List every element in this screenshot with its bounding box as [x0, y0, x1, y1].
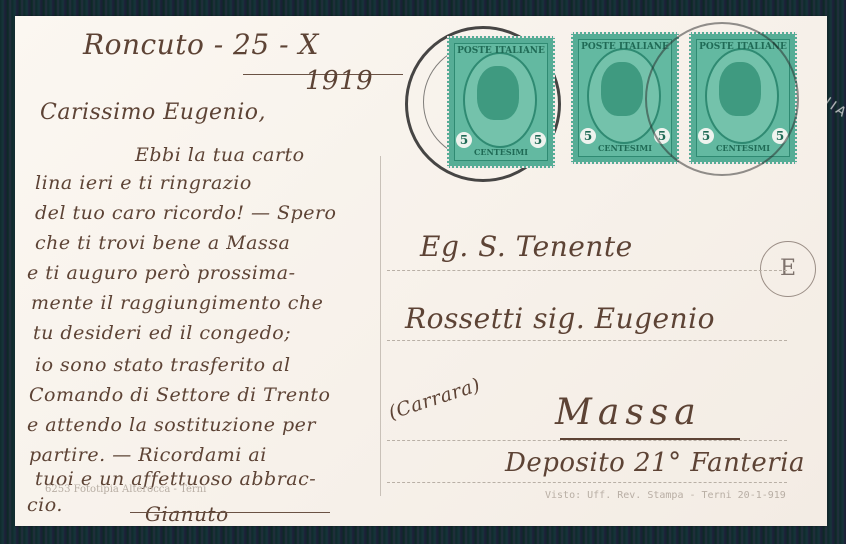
- message-line: mente il raggiungimento che: [31, 292, 323, 314]
- message-line: e attendo la sostituzione per: [27, 414, 316, 436]
- year: 1919: [305, 66, 373, 96]
- stamp-value: 5: [580, 128, 596, 144]
- stamp-value: 5: [456, 132, 472, 148]
- place-date: Roncuto - 25 - X: [83, 28, 319, 61]
- message-line: io sono stato trasferito al: [35, 354, 291, 376]
- address-line-4: Deposito 21° Fanteria: [505, 448, 805, 478]
- stamp-country: POSTE ITALIANE: [449, 46, 553, 56]
- signature-underline: [130, 512, 330, 513]
- stamp-value: 5: [530, 132, 546, 148]
- printer-imprint: 6253 Fototipia Alterocca - Terni: [45, 484, 206, 495]
- stamp-denomination: CENTESIMI: [449, 147, 553, 157]
- postmark-partial: [645, 22, 799, 176]
- signature: Gianuto: [145, 502, 229, 526]
- card-divider: [380, 156, 381, 496]
- message-line: del tuo caro ricordo! — Spero: [35, 202, 337, 224]
- address-rule: [387, 340, 787, 341]
- address-region-note: (Carrara): [386, 374, 483, 424]
- message-line: tu desideri ed il congedo;: [33, 322, 291, 344]
- message-line: che ti trovi bene a Massa: [35, 232, 290, 254]
- message-line: lina ieri e ti ringrazio: [35, 172, 252, 194]
- king-portrait-icon: [601, 62, 643, 116]
- salutation: Carissimo Eugenio,: [40, 100, 266, 125]
- address-rule: [387, 440, 787, 441]
- message-line: cio.: [27, 494, 63, 516]
- address-rule: [387, 482, 787, 483]
- message-line: Comando di Settore di Trento: [29, 384, 330, 406]
- circle-e-mark: E: [760, 241, 816, 297]
- address-rule: [387, 270, 787, 271]
- message-line: e ti auguro però prossima-: [27, 262, 296, 284]
- city-underline: [560, 438, 740, 440]
- postage-stamp: POSTE ITALIANE 5 5 CENTESIMI: [447, 36, 555, 168]
- address-line-2: Rossetti sig. Eugenio: [405, 302, 715, 335]
- address-line-1: Eg. S. Tenente: [420, 230, 633, 263]
- message-line: Ebbi la tua carto: [135, 144, 305, 166]
- address-city: Massa: [555, 392, 702, 433]
- king-portrait-icon: [477, 66, 519, 120]
- censor-imprint: Visto: Uff. Rev. Stampa - Terni 20-1-919: [545, 490, 786, 501]
- postcard: Roncuto - 25 - X 1919 Carissimo Eugenio,…: [15, 16, 827, 526]
- message-line: partire. — Ricordami ai: [29, 444, 267, 466]
